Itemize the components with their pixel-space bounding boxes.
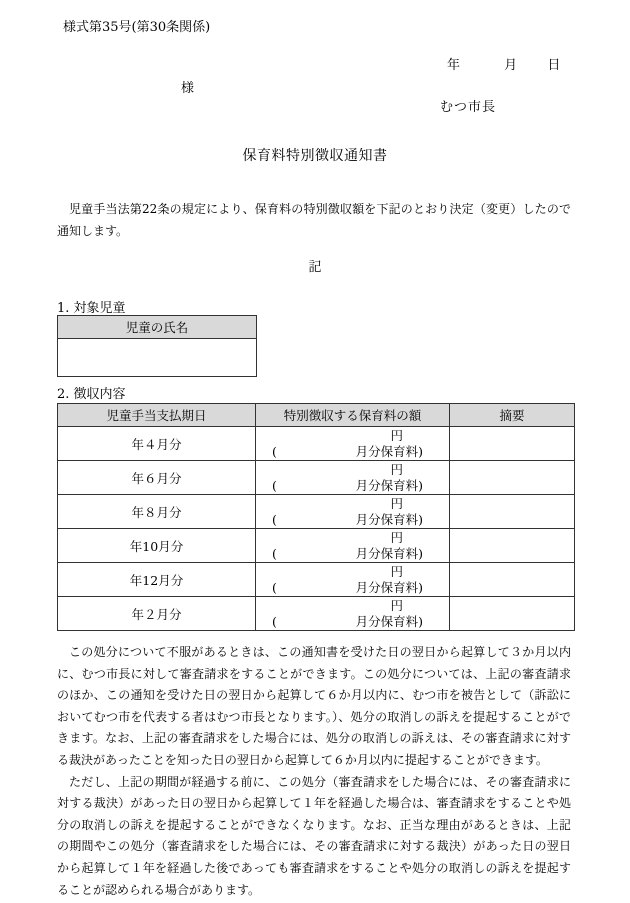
amount-cell: 円 ( 月分保育料) xyxy=(256,495,450,529)
form-number: 様式第35号(第30条関係) xyxy=(63,16,210,35)
section1-heading: 1. 対象児童 xyxy=(57,297,126,316)
notice-document-page: 様式第35号(第30条関係) 年 月 日 様 むつ市長 保育料特別徴収通知書 児… xyxy=(0,0,630,903)
appeal-paragraph-1: この処分について不服があるときは、この通知書を受けた日の翌日から起算して３か月以… xyxy=(57,642,571,772)
amount-cell: 円 ( 月分保育料) xyxy=(256,563,450,597)
yen-unit-label: 円 xyxy=(256,428,449,444)
intro-paragraph: 児童手当法第22条の規定により、保育料の特別徴収額を下記のとおり決定（変更）した… xyxy=(57,199,571,242)
remark-cell xyxy=(450,563,575,597)
yen-unit-label: 円 xyxy=(256,598,449,614)
paren-open: ( xyxy=(272,478,277,494)
amount-cell: 円 ( 月分保育料) xyxy=(256,461,450,495)
table-header-row: 児童の氏名 xyxy=(58,316,257,339)
child-name-cell xyxy=(58,339,257,377)
period-cell: 年６月分 xyxy=(58,461,256,495)
yen-unit-label: 円 xyxy=(256,530,449,546)
monthly-fee-label: 月分保育料) xyxy=(356,444,423,460)
target-children-table: 児童の氏名 xyxy=(57,315,257,377)
appeal-paragraph-2: ただし、上記の期間が経過する前に、この処分（審査請求をした場合には、その審査請求… xyxy=(57,772,571,902)
period-cell: 年10月分 xyxy=(58,529,256,563)
yen-unit-label: 円 xyxy=(256,496,449,512)
table-row: 年２月分 円 ( 月分保育料) xyxy=(58,597,575,631)
table-row: 年４月分 円 ( 月分保育料) xyxy=(58,427,575,461)
table-row xyxy=(58,339,257,377)
paren-open: ( xyxy=(272,444,277,460)
payment-period-header: 児童手当支払期日 xyxy=(58,404,256,427)
record-marker: 記 xyxy=(0,256,630,275)
paren-open: ( xyxy=(272,614,277,630)
table-row: 年10月分 円 ( 月分保育料) xyxy=(58,529,575,563)
monthly-fee-label: 月分保育料) xyxy=(356,546,423,562)
table-header-row: 児童手当支払期日 特別徴収する保育料の額 摘要 xyxy=(58,404,575,427)
amount-cell: 円 ( 月分保育料) xyxy=(256,529,450,563)
section2-heading: 2. 徴収内容 xyxy=(57,383,126,402)
issue-date-line: 年 月 日 xyxy=(447,54,560,73)
child-name-header: 児童の氏名 xyxy=(58,316,257,339)
amount-cell: 円 ( 月分保育料) xyxy=(256,597,450,631)
collection-amount-header: 特別徴収する保育料の額 xyxy=(256,404,450,427)
date-year-label: 年 xyxy=(447,58,460,73)
table-row: 年８月分 円 ( 月分保育料) xyxy=(58,495,575,529)
remark-cell xyxy=(450,495,575,529)
remark-cell xyxy=(450,427,575,461)
period-cell: 年４月分 xyxy=(58,427,256,461)
table-row: 年６月分 円 ( 月分保育料) xyxy=(58,461,575,495)
remarks-header: 摘要 xyxy=(450,404,575,427)
yen-unit-label: 円 xyxy=(256,564,449,580)
paren-open: ( xyxy=(272,546,277,562)
monthly-fee-label: 月分保育料) xyxy=(356,478,423,494)
period-cell: 年12月分 xyxy=(58,563,256,597)
amount-cell: 円 ( 月分保育料) xyxy=(256,427,450,461)
date-month-label: 月 xyxy=(504,58,517,73)
yen-unit-label: 円 xyxy=(256,462,449,478)
paren-open: ( xyxy=(272,580,277,596)
appeal-notes: この処分について不服があるときは、この通知書を受けた日の翌日から起算して３か月以… xyxy=(57,642,571,901)
remark-cell xyxy=(450,461,575,495)
monthly-fee-label: 月分保育料) xyxy=(356,614,423,630)
addressee-honorific: 様 xyxy=(181,77,194,96)
document-title: 保育料特別徴収通知書 xyxy=(0,145,630,165)
sender-mayor: むつ市長 xyxy=(440,96,496,115)
date-day-label: 日 xyxy=(547,58,560,73)
period-cell: 年８月分 xyxy=(58,495,256,529)
monthly-fee-label: 月分保育料) xyxy=(356,512,423,528)
table-row: 年12月分 円 ( 月分保育料) xyxy=(58,563,575,597)
monthly-fee-label: 月分保育料) xyxy=(356,580,423,596)
remark-cell xyxy=(450,529,575,563)
collection-details-table: 児童手当支払期日 特別徴収する保育料の額 摘要 年４月分 円 ( 月分保育料) … xyxy=(57,403,575,631)
paren-open: ( xyxy=(272,512,277,528)
period-cell: 年２月分 xyxy=(58,597,256,631)
remark-cell xyxy=(450,597,575,631)
